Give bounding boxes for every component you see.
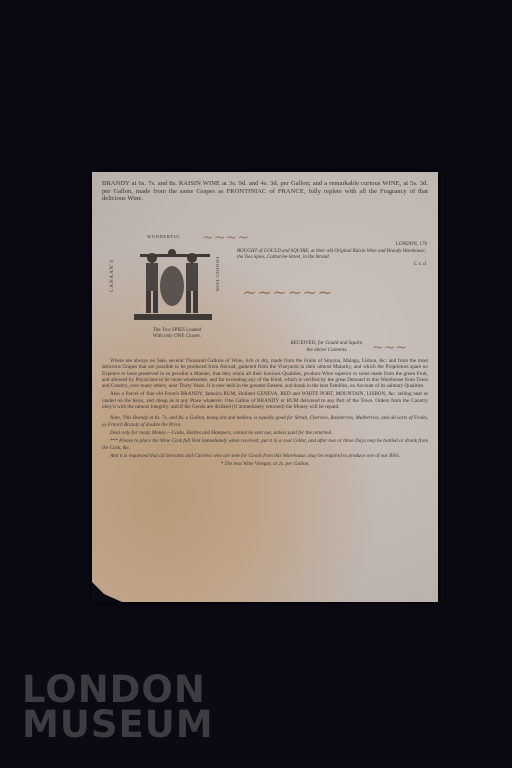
caption-line-2: With only ONE Cluster. — [132, 334, 222, 340]
woodcut-top-label: WONDERFUL — [147, 234, 181, 239]
trade-card-document: BRANDY at 6s. 7s. and 8s. RAISIN WINE at… — [92, 172, 438, 602]
woodcut-left-label: CANAAN'S — [110, 259, 115, 292]
logo-line-2: MUSEUM — [22, 707, 214, 742]
body-text: Where are always on Sale, several Thousa… — [102, 358, 428, 469]
note: Note, This Brandy at 6s. 7s. and 8s. a G… — [102, 415, 428, 428]
paragraph: Where are always on Sale, several Thousa… — [102, 358, 428, 389]
woodcut-caption: The Two SPIES Loaded With only ONE Clust… — [132, 328, 222, 340]
note: Deal only for ready Money.—Casks, Bottle… — [102, 430, 428, 436]
price-header: BRANDY at 6s. 7s. and 8s. RAISIN WINE at… — [102, 180, 428, 203]
note: *** Please to place the Wine Cask full V… — [102, 438, 428, 451]
logo-line-1: LONDON — [22, 672, 214, 707]
received-block: RECEIVED, for Gould and Squire, the abov… — [237, 340, 417, 353]
handwritten-ink-annotation: ~~~~ — [202, 230, 249, 246]
london-museum-logo: LONDON MUSEUM — [22, 672, 214, 742]
two-spies-woodcut-icon — [132, 244, 214, 324]
note: And it is requested that all Servants an… — [102, 453, 428, 459]
bought-text: BOUGHT of GOULD and SQUIRE, at their old… — [237, 249, 427, 262]
bought-of-block: LONDON, 178 BOUGHT of GOULD and SQUIRE, … — [237, 242, 427, 268]
note: * The best Wine Vinegar, at 2s. per Gall… — [102, 461, 428, 467]
received-line-2: the above Contents. — [237, 347, 417, 354]
woodcut-right-label: PRODUCTION, — [215, 257, 220, 294]
paragraph: Also a Parcel of fine old French BRANDY,… — [102, 391, 428, 410]
currency-columns: £. s. d. — [237, 262, 427, 269]
handwritten-ink-amount: ~~~~~~ — [242, 282, 333, 303]
